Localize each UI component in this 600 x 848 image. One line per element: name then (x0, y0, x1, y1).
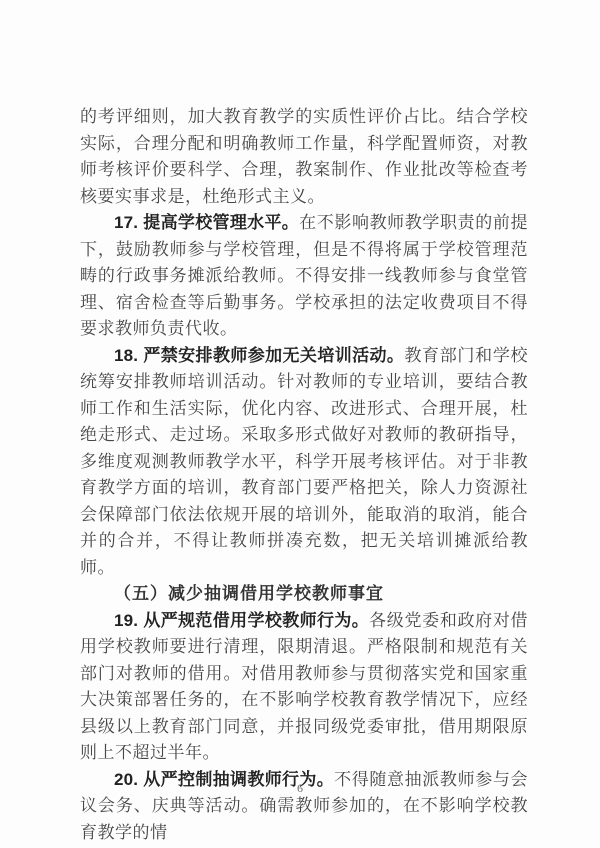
clause-19-title: 19. 从严规范借用学校教师行为。 (114, 611, 369, 630)
paragraph-continuation: 的考评细则，加大教育教学的实质性评价占比。结合学校实际，合理分配和明确教师工作量… (80, 104, 528, 210)
clause-17-title: 17. 提高学校管理水平。 (114, 213, 299, 232)
paragraph-clause-20: 20. 从严控制抽调教师行为。不得随意抽派教师参与会议会务、庆典等活动。确需教师… (80, 767, 528, 847)
section-heading-5: （五）减少抽调借用学校教师事宜 (80, 581, 528, 608)
paragraph-clause-18: 18. 严禁安排教师参加无关培训活动。教育部门和学校统筹安排教师培训活动。针对教… (80, 343, 528, 582)
section-heading-text: （五）减少抽调借用学校教师事宜 (114, 584, 384, 603)
clause-19-text: 各级党委和政府对借用学校教师要进行清理，限期清退。严格限制和规范有关部门对教师的… (80, 611, 528, 763)
document-page: 的考评细则，加大教育教学的实质性评价占比。结合学校实际，合理分配和明确教师工作量… (0, 0, 600, 848)
paragraph-clause-17: 17. 提高学校管理水平。在不影响教师教学职责的前提下，鼓励教师参与学校管理，但… (80, 210, 528, 343)
paragraph-clause-19: 19. 从严规范借用学校教师行为。各级党委和政府对借用学校教师要进行清理，限期清… (80, 608, 528, 767)
document-body: 的考评细则，加大教育教学的实质性评价占比。结合学校实际，合理分配和明确教师工作量… (80, 104, 528, 846)
clause-18-title: 18. 严禁安排教师参加无关培训活动。 (114, 346, 404, 365)
paragraph-text: 的考评细则，加大教育教学的实质性评价占比。结合学校实际，合理分配和明确教师工作量… (80, 107, 528, 206)
page-number: 6 (0, 781, 600, 796)
clause-18-text: 教育部门和学校统筹安排教师培训活动。针对教师的专业培训，要结合教师工作和生活实际… (80, 346, 528, 577)
